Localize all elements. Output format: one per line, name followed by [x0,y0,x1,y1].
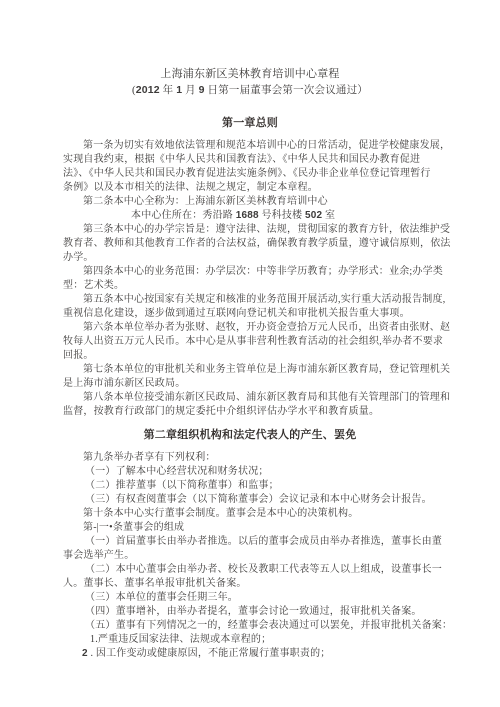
text-segment: 法》、《中华人民共和国民办教育促进法实施条例》、《民办非企业单位登记管理暂行 [63,168,431,179]
text-segment: . 因工作变动或健康原因，不能正常履行董事职责的； [88,648,331,659]
text-segment: （三）有权查阅董事会（以下简称董事会）会议记录和本中心财务会计报告。 [85,494,432,505]
text-segment: 第八条本单位接受浦东新区民政局、浦东新区教育局和其他有关管理部门的管理和 [83,392,450,403]
text-segment: 事会选举产生。 [63,550,134,561]
text-line: 第七条本单位的审批机关和业务主管单位是上海市浦东新区教育局，登记管理机关 [63,363,437,377]
text-line: （三）有权查阅董事会（以下简称董事会）会议记录和本中心财务会计报告。 [63,493,437,507]
text-segment: 第五条本中心按国家有关规定和核准的业务范围开展活动,实行重大活动报告制度, [83,294,445,305]
text-line: 事会选举产生。 [63,549,437,563]
chapter-heading: 第二章组织机构和法定代表人的产生、罢免 [63,427,437,443]
text-line: 回报。 [63,349,437,363]
text-line: 第二条本中心全称为：上海浦东新区美林教育培训中心 [63,195,437,209]
text-line: （三）本单位的董事会任期三年。 [63,591,437,605]
text-line: 型：艺术类。 [63,279,437,293]
text-line: （一）了解本中心经营状况和财务状况； [63,465,437,479]
bold-number: 2012 [136,84,160,96]
text-segment: 第二条本中心全称为：上海浦东新区美林教育培训中心 [83,196,328,207]
text-segment: 监督，按教育行政部门的规定委托中介组织评估办学水平和教育质量。 [63,406,379,417]
text-segment: 回报。 [63,350,94,361]
text-line: 牧每人出资五万元人民币。本中心是从事非营利性教育活动的社会组织,举办者不要求 [63,335,437,349]
text-line: 实现自我约束，根据《中华人民共和国教育法》、《中华人民共和国民办教育促进 [63,153,437,167]
text-line: 第一条为切实有效地依法管理和规范本培训中心的日常活动，促进学校健康发展， [63,139,437,153]
doc-title: 上海浦东新区美林教育培训中心章程 [63,66,437,82]
charter-document: 上海浦东新区美林教育培训中心章程(2012 年 1 月 9 日第一届董事会第一次… [63,66,437,661]
text-segment: （一）了解本中心经营状况和财务状况； [85,466,269,477]
text-segment: 第七条本单位的审批机关和业务主管单位是上海市浦东新区教育局，登记管理机关 [83,364,450,375]
text-segment: 第十条本中心实行董事会制度。董事会是本中心的决策机构。 [83,508,358,519]
text-line: 1.严重违反国家法律、法规或本章程的； [63,633,437,647]
text-line: 教育者、教师和其他教育工作者的合法权益，确保教育教学质量，遵守诚信原则，依法 [63,237,437,251]
text-segment: 是上海市浦东新区民政局。 [63,378,185,389]
bold-number: 1688 [236,210,259,221]
text-line: 第十条本中心实行董事会制度。董事会是本中心的决策机构。 [63,507,437,521]
text-line: 法》、《中华人民共和国民办教育促进法实施条例》、《民办非企业单位登记管理暂行 [63,167,437,181]
text-segment: 第一条为切实有效地依法管理和规范本培训中心的日常活动，促进学校健康发展， [83,140,450,151]
text-segment: 第六条本单位举办者为张财、赵牧，开办资金壹拾万元人民币，出资者由张财、赵 [83,322,450,333]
text-line: 条例》以及本市相关的法律、法规之规定，制定本章程。 [63,181,437,195]
text-segment: （二）本中心董事会由举办者、校长及教职工代表等五人以上组成，设董事长一 [85,564,442,575]
text-line: 重视信息化建设，逐步做到通过互联网向登记机关和审批机关报告重大事项。 [63,307,437,321]
chapter-heading: 第一章总则 [63,115,437,131]
text-segment: （一）首届董事长由举办者推选。以后的董事会成员由举办者推选，董事长由董 [85,536,442,547]
text-line: （四）董事增补，由举办者提名，董事会讨论一致通过，报审批机关备案。 [63,605,437,619]
text-segment: 号科技楼 [259,210,305,221]
document-page: 上海浦东新区美林教育培训中心章程(2012 年 1 月 9 日第一届董事会第一次… [0,0,500,707]
text-line: 第六条本单位举办者为张财、赵牧，开办资金壹拾万元人民币，出资者由张财、赵 [63,321,437,335]
text-segment: 型：艺术类。 [63,280,124,291]
bold-number: 502 [305,210,322,221]
text-line: 2 . 因工作变动或健康原因，不能正常履行董事职责的； [63,647,437,661]
text-segment: 第-|一•条董事会的组成 [83,522,184,533]
text-segment: 第九条举办者享有下列权利： [83,452,216,463]
text-line: （二）推荐董事（以下简称董事）和监事； [63,479,437,493]
text-line: 第四条本中心的业务范围：办学层次：中等非学历教育；办学形式：业余;办学类 [63,265,437,279]
text-segment: 人。董事长、董事名单报审批机关备案。 [63,578,247,589]
text-segment: 室 [322,210,335,221]
text-segment: （三）本单位的董事会任期三年。 [85,592,238,603]
text-line: 是上海市浦东新区民政局。 [63,377,437,391]
text-segment: 条例》以及本市相关的法律、法规之规定，制定本章程。 [63,182,318,193]
text-segment: 本中心住所在：秀沿路 [131,210,236,221]
text-segment: 月 [182,85,198,96]
text-segment: （五）董事有下列情况之一的，经董事会表决通过可以罢免，并报审批机关备案： [85,620,452,631]
text-line: （五）董事有下列情况之一的，经董事会表决通过可以罢免，并报审批机关备案： [63,619,437,633]
text-segment: （二）推荐董事（以下简称董事）和监事； [85,480,279,491]
text-segment: 日第一届董事会第一次会议通过） [205,85,368,96]
text-line: 办学。 [63,251,437,265]
text-line: （一）首届董事长由举办者推选。以后的董事会成员由举办者推选，董事长由董 [63,535,437,549]
text-segment: （四）董事增补，由举办者提名，董事会讨论一致通过，报审批机关备案。 [85,606,422,617]
text-segment: 第四条本中心的业务范围：办学层次：中等非学历教育；办学形式：业余;办学类 [83,266,443,277]
text-segment: 牧每人出资五万元人民币。本中心是从事非营利性教育活动的社会组织,举办者不要求 [63,336,443,347]
text-segment: 办学。 [63,252,94,263]
text-line: 第三条本中心的办学宗旨是：遵守法律、法规，贯彻国家的教育方针，依法维护受 [63,223,437,237]
text-line: 第五条本中心按国家有关规定和核准的业务范围开展活动,实行重大活动报告制度, [63,293,437,307]
bold-number: 第二章组织机构和法定代表人的产生、罢免 [144,429,357,441]
text-line: 监督，按教育行政部门的规定委托中介组织评估办学水平和教育质量。 [63,405,437,419]
text-segment: 实现自我约束，根据《中华人民共和国教育法》、《中华人民共和国民办教育促进 [63,154,420,165]
text-line: 第九条举办者享有下列权利： [63,451,437,465]
text-line: 人。董事长、董事名单报审批机关备案。 [63,577,437,591]
text-segment: 1.严重违反国家法律、法规或本章程的； [90,634,271,645]
text-segment: 教育者、教师和其他教育工作者的合法权益，确保教育教学质量，遵守诚信原则，依法 [63,238,451,249]
text-segment: 第三条本中心的办学宗旨是：遵守法律、法规，贯彻国家的教育方针，依法维护受 [83,224,450,235]
text-line: 第八条本单位接受浦东新区民政局、浦东新区教育局和其他有关管理部门的管理和 [63,391,437,405]
bold-number: 第一章总则 [222,117,278,129]
text-line: 本中心住所在：秀沿路 1688 号科技楼 502 室 [63,209,437,223]
text-segment: 上海浦东新区美林教育培训中心章程 [160,68,339,80]
text-segment: 重视信息化建设，逐步做到通过互联网向登记机关和审批机关报告重大事项。 [63,308,410,319]
text-line: （二）本中心董事会由举办者、校长及教职工代表等五人以上组成，设董事长一 [63,563,437,577]
text-line: 第-|一•条董事会的组成 [63,521,437,535]
doc-subtitle: (2012 年 1 月 9 日第一届董事会第一次会议通过） [63,82,437,99]
text-segment: 年 [160,85,176,96]
